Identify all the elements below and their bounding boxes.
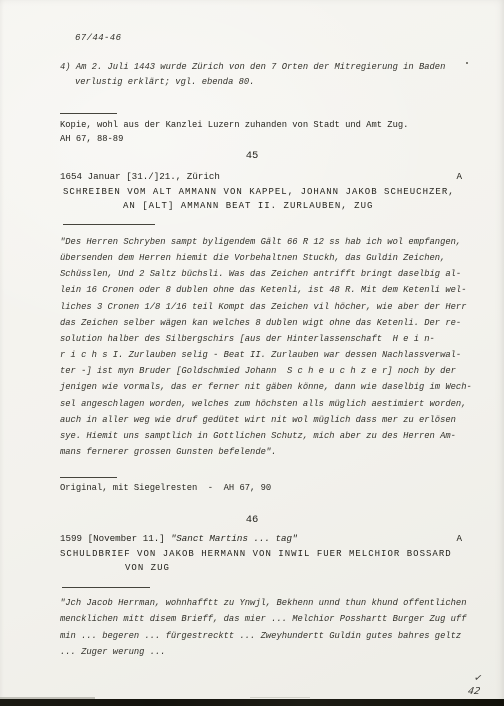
entry-45-date: 1654 Januar [31./]21., Zürich (60, 171, 220, 182)
footnote: 4) Am 2. Juli 1443 wurde Zürich von den … (60, 60, 445, 89)
page-reference: 67/44-46 (75, 33, 121, 43)
divider (62, 587, 150, 588)
entry-46-number: 46 (0, 514, 504, 526)
entry-46-date: 1599 [November 11.]"Sanct Martins ... ta… (60, 533, 298, 544)
divider (60, 477, 117, 478)
scan-shadow-smudge (250, 697, 310, 698)
divider (63, 224, 155, 225)
entry-46-title-line-2: VON ZUG (125, 562, 452, 576)
handwritten-page-number: 42 (467, 686, 481, 697)
entry-46-quote: "Jch Jacob Herrman, wohnhafftt zu Ynwjl,… (60, 595, 466, 660)
entry-46-date-plain: 1599 [November 11.] (60, 533, 165, 544)
footnote-line-2: verlustig erklärt; vgl. ebenda 80. (75, 75, 445, 90)
entry-45-marker: A (456, 171, 462, 182)
entry-46-title: SCHULDBRIEF VON JAKOB HERMANN VON INWIL … (60, 548, 452, 575)
entry-45-title-line-2: AN [ALT] AMMANN BEAT II. ZURLAUBEN, ZUG (123, 200, 455, 214)
entry-45-source-note: Original, mit Siegelresten - AH 67, 90 (60, 483, 271, 493)
entry-45-title: SCHREIBEN VOM ALT AMMANN VON KAPPEL, JOH… (63, 186, 455, 213)
entry-46-dateline: 1599 [November 11.]"Sanct Martins ... ta… (60, 533, 462, 544)
divider (60, 113, 117, 114)
entry-46-title-line-1: SCHULDBRIEF VON JAKOB HERMANN VON INWIL … (60, 548, 452, 562)
provenance-line-1: Kopie, wohl aus der Kanzlei Luzern zuhan… (60, 119, 408, 133)
scanned-document-page: 67/44-46 4) Am 2. Juli 1443 wurde Zürich… (0, 0, 504, 706)
entry-46-date-quote: "Sanct Martins ... tag" (171, 533, 298, 544)
scan-edge-band (0, 699, 504, 706)
provenance-note: Kopie, wohl aus der Kanzlei Luzern zuhan… (60, 119, 408, 146)
handwritten-checkmark: ✓ (473, 672, 483, 684)
entry-45-number: 45 (0, 150, 504, 162)
ink-speck (466, 62, 468, 64)
footnote-line-1: 4) Am 2. Juli 1443 wurde Zürich von den … (60, 60, 445, 75)
entry-45-title-line-1: SCHREIBEN VOM ALT AMMANN VON KAPPEL, JOH… (63, 186, 455, 200)
entry-45-dateline: 1654 Januar [31./]21., Zürich A (60, 171, 462, 182)
entry-45-quote: "Des Herren Schryben sampt byligendem Gä… (60, 234, 472, 460)
entry-46-marker: A (456, 533, 462, 544)
provenance-line-2: AH 67, 88-89 (60, 133, 408, 147)
